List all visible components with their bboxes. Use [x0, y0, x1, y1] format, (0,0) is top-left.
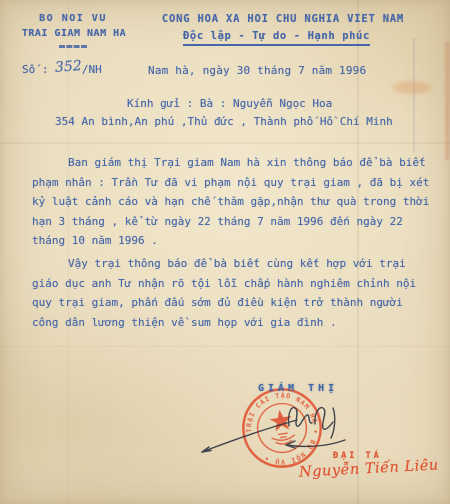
handwritten-signature: [193, 396, 365, 466]
document-number-handwritten: 352: [55, 58, 83, 76]
scanned-letter-page: BO NOI VU TRAI GIAM NAM HA CONG HOA XA H…: [0, 0, 450, 504]
agency-unit-name: TRAI GIAM NAM HA: [13, 28, 135, 39]
recipient-address: 354 An bình,An phú ,Thủ đức , Thành phố …: [55, 115, 393, 128]
document-number-label: Số :: [22, 63, 55, 76]
document-number-suffix: /NH: [82, 63, 102, 76]
ink-smudge: [445, 42, 450, 160]
national-motto: Độc lập - Tự do - Hạnh phúc: [183, 30, 370, 46]
letterhead-divider: [59, 45, 87, 48]
paper-crease: [0, 346, 450, 347]
body-paragraph-1: Ban giám thị Trại giam Nam hà xin thông …: [32, 153, 432, 251]
paper-crease: [413, 38, 415, 153]
ink-smudge: [392, 81, 432, 94]
signer-title: GIÁM THỊ: [258, 383, 338, 394]
national-title: CONG HOA XA HOI CHU NGHIA VIET NAM: [150, 13, 416, 25]
paper-crease: [0, 142, 450, 144]
body-paragraph-2: Vậy trại thông báo để bà biết cùng kết h…: [32, 254, 432, 332]
agency-name: BO NOI VU: [23, 13, 123, 24]
place-and-date-line: Nam hà, ngày 30 tháng 7 năm 1996: [148, 64, 366, 77]
salutation-line: Kính gửi : Bà : Nguyễn Ngọc Hoa: [127, 97, 332, 110]
document-number: Số : 352/NH: [22, 61, 102, 77]
